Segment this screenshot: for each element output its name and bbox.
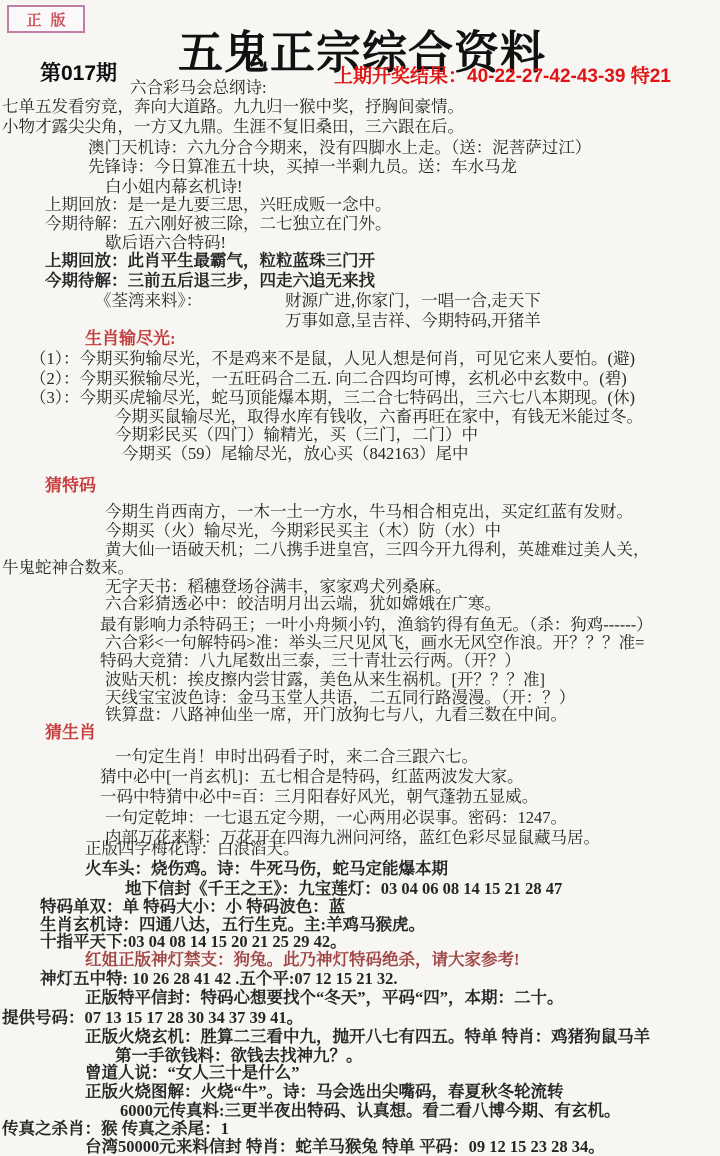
content-line: 白小姐内幕玄机诗! [105, 178, 243, 196]
content-line: 今期买（火）输尽光，今期彩民买主（木）防（水）中 [105, 522, 501, 540]
content-line: 最有影响力杀特码王；一叶小舟频小钓，渔翁钓得有鱼无。（杀：狗鸡------） [100, 616, 653, 634]
last-draw-result: 上期开奖结果：40-22-27-42-43-39 特21 [334, 61, 671, 88]
content-line: 波贴天机：挨皮擦内尝甘露，美色从来生祸机。[开？？？准] [105, 671, 545, 689]
issue-number: 第017期 [40, 57, 117, 87]
content-line: 地下信封《千王之王》：九宝莲灯：03 04 06 08 14 15 21 28 … [125, 880, 562, 898]
content-line: （2）：今期买猴输尽光，一五旺码合二五. 向二合四均可博，玄机必中玄数中。(碧) [30, 370, 627, 388]
content-line: 铁算盘：八路神仙坐一席，开门放狗七与八，九看三数在中间。 [105, 706, 567, 724]
content-line: 六合彩<一句解特码>准：举头三尺见风飞，画水无风空作浪。开？？？准= [105, 634, 644, 652]
content-line: 正版火烧玄机：胜算二三看中九，抛开八七有四五。特单 特肖：鸡猪狗鼠马羊 [85, 1028, 650, 1046]
content-line: 神灯五中特: 10 26 28 41 42 .五个平:07 12 15 21 3… [40, 970, 398, 988]
content-line: 上期回放：是一是九要三思，兴旺成贩一念中。 [45, 196, 392, 214]
content-line: 万事如意,呈吉祥、今期特码,开猪羊 [285, 312, 541, 330]
content-line: 猜中必中[一肖玄机]：五七相合是特码，红蓝两波发大家。 [100, 768, 524, 786]
content-line: 七单五发看穷竞，奔向大道路。九九归一猴中奖，抒胸间豪情。 [2, 98, 464, 116]
content-line: 正版特平信封：特码心想要找个“冬天”，平码“四”，本期：二十。 [85, 989, 564, 1007]
content-line: 一码中特猜中必中=百：三月阳春好风光，朝气蓬勃五显威。 [100, 788, 538, 806]
content-line: 提供号码：07 13 15 17 28 30 34 37 39 41。 [2, 1009, 303, 1027]
content-line: 一句定生肖！申时出码看子时，来二合三跟六七。 [115, 748, 478, 766]
content-line: （3）：今期买虎输尽光，蛇马顶能爆本期，三二合七特码出，三六七八本期现。(休) [30, 389, 635, 407]
content-line: 特码单双：单 特码大小：小 特码波色：蓝 [40, 898, 345, 916]
lottery-info-sheet: 正版 五鬼正宗综合资料 第017期 上期开奖结果：40-22-27-42-43-… [0, 0, 720, 1156]
section-heading: 生肖输尽光: [85, 330, 176, 348]
content-line: 今期买（59）尾输尽光，放心买（842163）尾中 [122, 445, 469, 463]
section-heading: 猜特码 [45, 477, 96, 495]
content-line: 火车头：烧伤鸡。诗：牛死马伤，蛇马定能爆本期 [85, 860, 448, 878]
content-line: 一句定乾坤：一七退五定今期，一心两用必误事。密码：1247。 [105, 809, 567, 827]
content-line: 今期生肖西南方，一木一土一方水，牛马相合相克出，买定红蓝有发财。 [105, 503, 633, 521]
content-line: 6000元传真料:三更半夜出特码、认真想。看二看八博今期、有玄机。 [120, 1102, 621, 1120]
content-line: 六合彩马会总纲诗: [130, 79, 267, 97]
authenticity-stamp: 正版 [7, 5, 85, 33]
content-line: 曾道人说：“女人三十是什么” [85, 1064, 300, 1082]
content-line: 《荃湾来料》： [95, 292, 202, 310]
content-line: 今期买鼠输尽光，取得水库有钱收，六畜再旺在家中，有钱无米能过冬。 [115, 408, 643, 426]
content-line: 今期彩民买（四门）输精光，买（三门，二门）中 [115, 426, 478, 444]
content-line: 先锋诗：今日算准五十块，买掉一半剩九员。送：车水马龙 [88, 158, 517, 176]
content-line: 台湾50000元来料信封 特肖：蛇羊马猴兔 特单 平码：09 12 15 23 … [85, 1138, 605, 1156]
content-line: 红姐正版神灯禁支：狗兔。此乃神灯特码绝杀，请大家参考! [85, 951, 520, 969]
content-line: （1）：今期买狗输尽光，不是鸡来不是鼠，人见人想是何肖，可见它来人要怕。(避) [30, 350, 635, 368]
content-line: 牛鬼蛇神合数来。 [2, 559, 134, 577]
content-line: 小物才露尖尖角，一方又九鼎。生涯不复旧桑田，三六跟在后。 [2, 118, 464, 136]
section-heading: 猜生肖 [45, 724, 96, 742]
content-line: 六合彩猜透必中：皎洁明月出云端，犹如嫦娥在广寒。 [105, 595, 501, 613]
content-line: 今期待解：三前五后退三步，四走六追无来找 [45, 272, 375, 290]
authenticity-stamp-label: 正版 [17, 9, 74, 30]
content-line: 澳门天机诗：六九分合今期来，没有四脚水上走。（送：泥菩萨过江） [88, 139, 591, 157]
content-line: 正版四字梅花诗：白浪滔天。 [85, 840, 300, 858]
content-line: 黄大仙一语破天机；二八携手进皇宫，三四今开九得利，英雄难过美人关， [105, 541, 650, 559]
content-line: 歇后语六合特码! [105, 234, 226, 252]
content-line: 十指平天下:03 04 08 14 15 20 21 25 29 42。 [40, 933, 347, 951]
content-line: 正版火烧图解：火烧“牛”。诗：马会选出尖嘴码，春夏秋冬轮流转 [85, 1083, 564, 1101]
content-line: 上期回放：此肖平生最霸气，粒粒蓝珠三门开 [45, 252, 375, 270]
content-line: 特码大竞猜：八九尾数出三泰，三十青壮云行两。（开？） [100, 652, 521, 670]
content-line: 财源广进,你家门，一唱一合,走天下 [285, 292, 541, 310]
content-line: 今期待解：五六刚好被三除，二七独立在门外。 [45, 215, 392, 233]
content-line: 传真之杀肖：猴 传真之杀尾：1 [2, 1120, 229, 1138]
